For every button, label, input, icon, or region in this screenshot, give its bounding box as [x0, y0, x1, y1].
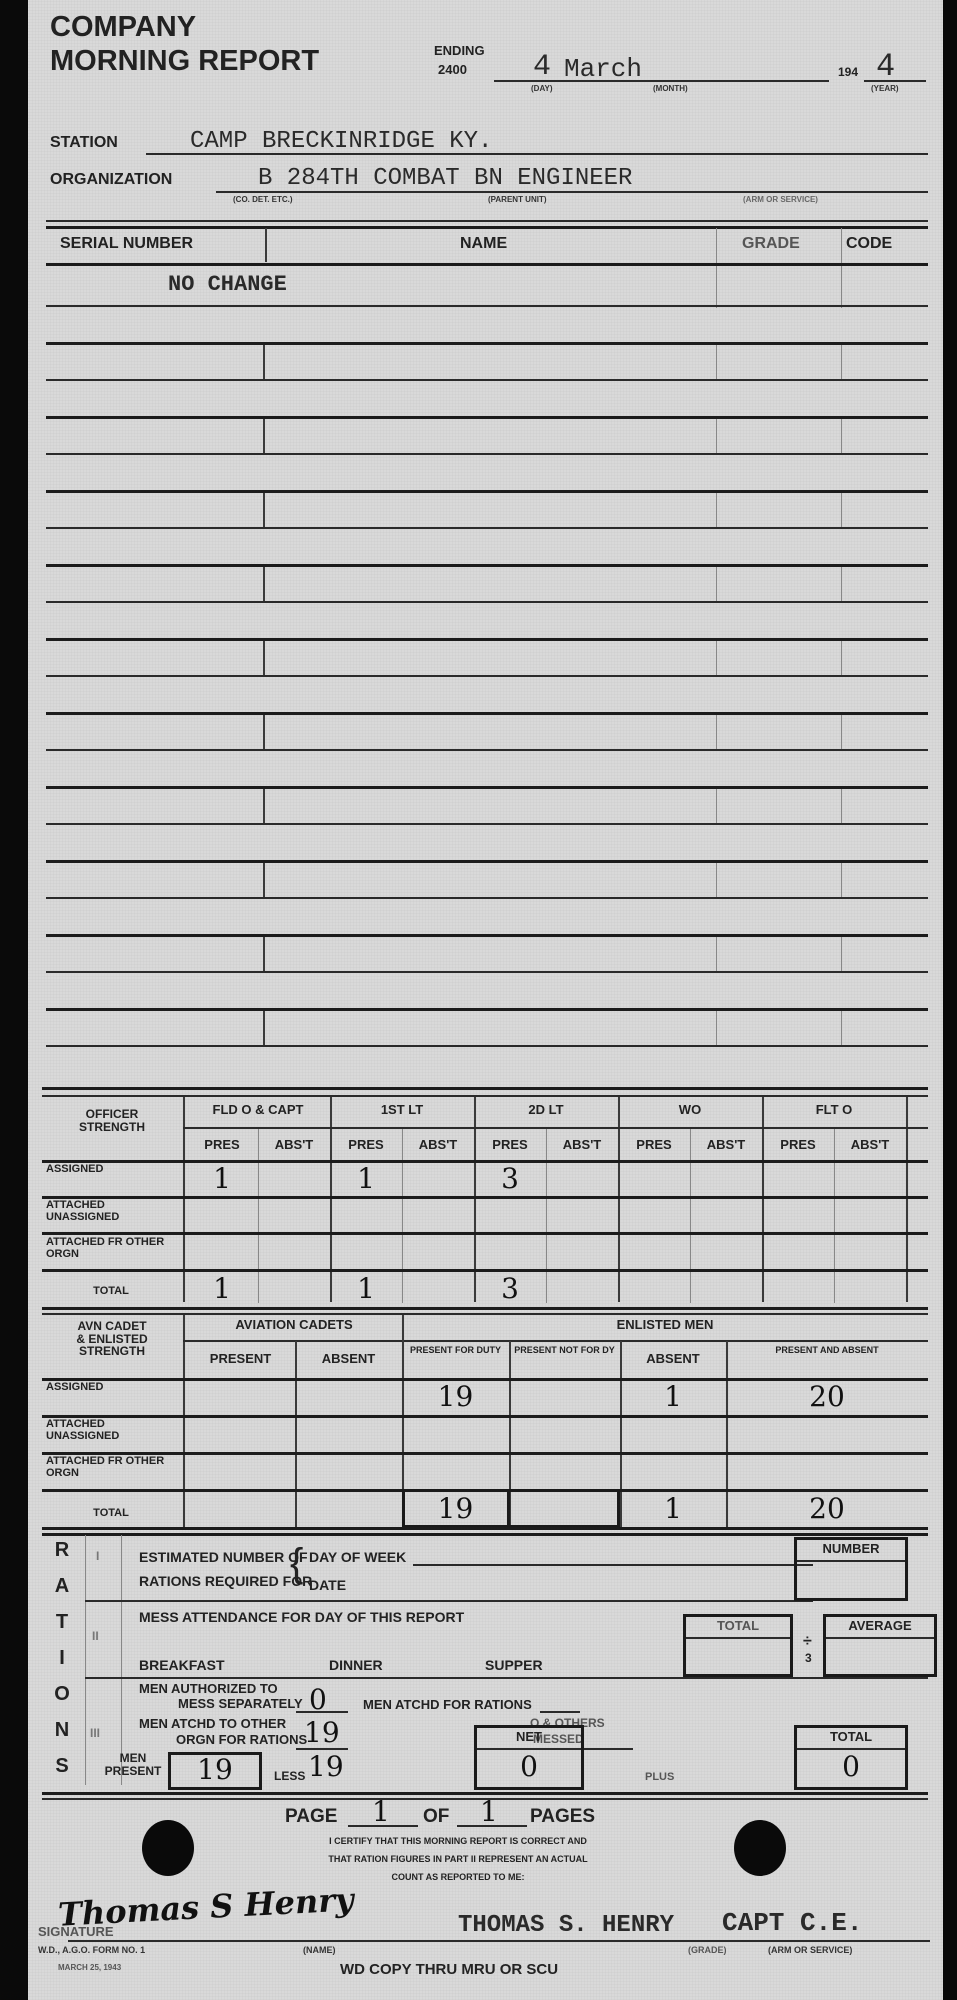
signature-script[interactable]: Thomas S Henry: [57, 1880, 354, 1933]
estimated-number-label: ESTIMATED NUMBER OF: [139, 1550, 308, 1565]
enlisted-cell[interactable]: 1: [620, 1492, 726, 1525]
col-grade: GRADE: [742, 236, 800, 253]
men-present-box[interactable]: 19: [168, 1752, 262, 1790]
col-serial-number: SERIAL NUMBER: [60, 236, 193, 253]
net-box[interactable]: NET 0: [474, 1725, 584, 1790]
report-day[interactable]: 4: [533, 50, 551, 84]
year-prefix: 194: [838, 66, 858, 79]
rations-letter: N: [42, 1720, 82, 1741]
pages-label: PAGES: [530, 1807, 595, 1827]
total-present-not-for-duty-box: [507, 1489, 620, 1528]
day-of-week-label: DAY OF WEEK: [309, 1550, 406, 1565]
parent-unit-caption: (PARENT UNIT): [488, 196, 547, 204]
officer-cell[interactable]: 1: [186, 1272, 258, 1305]
dinner-label: DINNER: [329, 1658, 383, 1673]
roster-row: [46, 823, 928, 825]
punch-hole-left: [142, 1820, 194, 1876]
of-label: OF: [423, 1807, 449, 1827]
aviation-cadets-header: AVIATION CADETS: [186, 1318, 402, 1332]
divide-by-value: 3: [805, 1652, 812, 1665]
roster-row: [46, 897, 928, 899]
officer-cell[interactable]: 1: [330, 1272, 402, 1305]
officer-subcol-header: ABS'T: [690, 1138, 762, 1152]
report-year-digit[interactable]: 4: [876, 48, 895, 85]
rations-letter: R: [42, 1540, 82, 1561]
officer-row-label: ATTACHED FR OTHER ORGN: [46, 1237, 176, 1260]
mess-attendance-label: MESS ATTENDANCE FOR DAY OF THIS REPORT: [139, 1610, 464, 1625]
average-box[interactable]: AVERAGE: [823, 1614, 937, 1677]
total-present-for-duty-box: [402, 1489, 510, 1528]
enlisted-subcol-header: PRESENT: [186, 1352, 295, 1366]
no-change-entry[interactable]: NO CHANGE: [168, 272, 287, 297]
enlisted-cell[interactable]: 1: [620, 1380, 726, 1413]
mess-total-box[interactable]: TOTAL: [683, 1614, 793, 1677]
report-month[interactable]: March: [564, 54, 642, 84]
officer-cell[interactable]: 1: [186, 1162, 258, 1195]
grade-arm-value[interactable]: CAPT C.E.: [722, 1908, 862, 1938]
brace-icon: {: [290, 1542, 303, 1584]
less-label: LESS: [274, 1770, 305, 1783]
certify-line-2: THAT RATION FIGURES IN PART II REPRESENT…: [208, 1855, 708, 1864]
enlisted-strength-header: AVN CADET & ENLISTED STRENGTH: [42, 1320, 182, 1358]
year-caption: (YEAR): [871, 85, 899, 93]
roster-row: [46, 527, 928, 529]
morning-report-form: COMPANY MORNING REPORT ENDING 2400 4 Mar…: [28, 0, 943, 2000]
officer-subcol-header: PRES: [618, 1138, 690, 1152]
enlisted-subcol-header: ABSENT: [620, 1352, 726, 1366]
name-caption: (NAME): [303, 1946, 336, 1955]
col-name: NAME: [460, 236, 507, 253]
arm-service-caption: (ARM OR SERVICE): [768, 1946, 852, 1955]
officer-cell[interactable]: 1: [330, 1162, 402, 1195]
men-atchd-for-rations-label: MEN ATCHD FOR RATIONS: [363, 1698, 532, 1712]
enlisted-row-label: TOTAL: [46, 1508, 176, 1520]
officer-cell[interactable]: 3: [474, 1272, 546, 1305]
mess-separately-label: MESS SEPARATELY: [178, 1697, 303, 1711]
number-box[interactable]: NUMBER: [794, 1537, 908, 1601]
officer-subcol-header: PRES: [186, 1138, 258, 1152]
rations-letter: S: [42, 1756, 82, 1777]
typed-officer-name[interactable]: THOMAS S. HENRY: [458, 1912, 674, 1939]
plus-label: PLUS: [645, 1772, 674, 1784]
men-present-label: MENPRESENT: [103, 1752, 163, 1777]
date-label: DATE: [309, 1578, 346, 1593]
officer-group-header: WO: [618, 1103, 762, 1117]
rations-letter: T: [42, 1612, 82, 1633]
officer-subcol-header: PRES: [474, 1138, 546, 1152]
ration-total-box[interactable]: TOTAL 0: [794, 1725, 908, 1790]
rations-letter: A: [42, 1576, 82, 1597]
rations-letter: O: [42, 1684, 82, 1705]
page-number[interactable]: 1: [372, 1795, 390, 1828]
officer-cell[interactable]: 3: [474, 1162, 546, 1195]
page-label: PAGE: [285, 1807, 337, 1827]
officer-row-label: TOTAL: [46, 1286, 176, 1298]
officer-group-header: 2D LT: [474, 1103, 618, 1117]
copy-note: WD COPY THRU MRU OR SCU: [340, 1962, 558, 1978]
officer-row-label: ATTACHED UNASSIGNED: [46, 1200, 176, 1223]
enlisted-subcol-header: PRESENT NOT FOR DY: [509, 1346, 620, 1355]
breakfast-label: BREAKFAST: [139, 1658, 225, 1673]
roster-row: [46, 1045, 928, 1047]
supper-label: SUPPER: [485, 1658, 543, 1673]
part-numeral-3: III: [90, 1727, 100, 1740]
officer-group-header: FLT O: [762, 1103, 906, 1117]
enlisted-row-label: ASSIGNED: [46, 1382, 176, 1394]
officer-subcol-header: ABS'T: [834, 1138, 906, 1152]
divide-icon: ÷: [803, 1634, 812, 1651]
officer-strength-header: OFFICER STRENGTH: [42, 1108, 182, 1133]
form-date: MARCH 25, 1943: [58, 1964, 121, 1972]
form-number: W.D., A.G.O. FORM NO. 1: [38, 1946, 145, 1955]
form-title-line2: MORNING REPORT: [50, 46, 319, 76]
organization-label: ORGANIZATION: [50, 172, 172, 189]
enlisted-subcol-header: ABSENT: [295, 1352, 402, 1366]
atchd-other-value[interactable]: 19: [304, 1716, 340, 1749]
less-value[interactable]: 19: [308, 1750, 344, 1783]
officer-subcol-header: ABS'T: [402, 1138, 474, 1152]
total-pages[interactable]: 1: [480, 1795, 498, 1828]
roster-row: [46, 675, 928, 677]
enlisted-subcol-header: PRESENT FOR DUTY: [402, 1346, 509, 1355]
ending-label: ENDING: [434, 44, 485, 58]
day-caption: (DAY): [531, 85, 552, 93]
ending-time-label: 2400: [438, 63, 467, 77]
roster-row: [46, 971, 928, 973]
roster-row: [46, 601, 928, 603]
company-caption: (CO. DET. ETC.): [233, 196, 293, 204]
authorized-value[interactable]: 0: [309, 1683, 327, 1716]
arm-caption: (ARM OR SERVICE): [743, 196, 818, 204]
rations-required-label: RATIONS REQUIRED FOR: [139, 1574, 312, 1589]
enlisted-cell[interactable]: 19: [402, 1380, 509, 1413]
punch-hole-right: [734, 1820, 786, 1876]
roster-row: [46, 379, 928, 381]
grade-caption: (GRADE): [688, 1946, 727, 1955]
enlisted-cell[interactable]: 20: [726, 1492, 928, 1525]
part-numeral-1: I: [96, 1550, 99, 1563]
officer-row-label: ASSIGNED: [46, 1164, 176, 1176]
rations-letter: I: [42, 1648, 82, 1669]
enlisted-cell[interactable]: 20: [726, 1380, 928, 1413]
col-code: CODE: [846, 236, 892, 253]
enlisted-subcol-header: PRESENT AND ABSENT: [726, 1346, 928, 1355]
enlisted-men-header: ENLISTED MEN: [402, 1318, 928, 1332]
officer-subcol-header: PRES: [762, 1138, 834, 1152]
officer-subcol-header: ABS'T: [258, 1138, 330, 1152]
certify-line-1: I CERTIFY THAT THIS MORNING REPORT IS CO…: [208, 1837, 708, 1846]
month-caption: (MONTH): [653, 85, 688, 93]
men-atchd-other-label: MEN ATCHD TO OTHER: [139, 1717, 286, 1731]
officer-group-header: 1ST LT: [330, 1103, 474, 1117]
station-value[interactable]: CAMP BRECKINRIDGE KY.: [190, 128, 492, 155]
station-label: STATION: [50, 135, 118, 152]
men-authorized-label: MEN AUTHORIZED TO: [139, 1682, 278, 1696]
certify-line-3: COUNT AS REPORTED TO ME:: [208, 1873, 708, 1882]
roster-row: [46, 453, 928, 455]
form-title-line1: COMPANY: [50, 12, 196, 42]
officer-group-header: FLD O & CAPT: [186, 1103, 330, 1117]
organization-value[interactable]: B 284TH COMBAT BN ENGINEER: [258, 165, 632, 192]
roster-row: [46, 749, 928, 751]
orgn-for-rations-label: ORGN FOR RATIONS: [176, 1733, 307, 1747]
enlisted-row-label: ATTACHED UNASSIGNED: [46, 1419, 176, 1442]
officer-subcol-header: PRES: [330, 1138, 402, 1152]
enlisted-row-label: ATTACHED FR OTHER ORGN: [46, 1456, 176, 1479]
officer-subcol-header: ABS'T: [546, 1138, 618, 1152]
part-numeral-2: II: [92, 1630, 99, 1643]
